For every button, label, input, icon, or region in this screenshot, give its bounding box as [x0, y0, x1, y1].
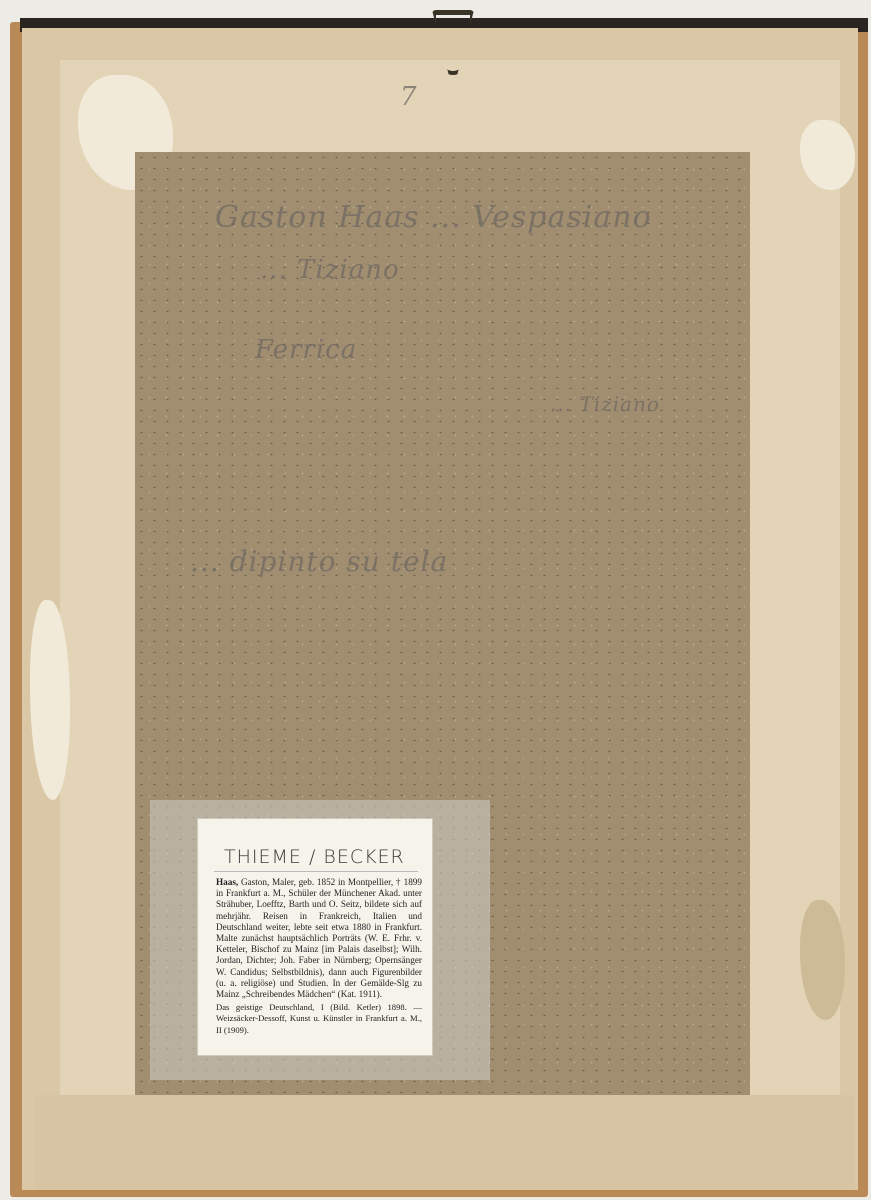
pencil-line-4: ... Tiziano: [550, 392, 660, 416]
pencil-line-2: ... Tiziano: [260, 255, 400, 285]
label-divider: [214, 871, 418, 872]
pencil-line-1: Gaston Haas ... Vespasiano: [215, 200, 652, 235]
label-body: Haas, Gaston, Maler, geb. 1852 in Montpe…: [216, 877, 422, 1036]
label-references: Das geistige Deutschland, I (Bild. Ketle…: [216, 1002, 422, 1036]
encyclopedia-clipping-label: THIEME / BECKER Haas, Gaston, Maler, geb…: [197, 818, 433, 1056]
artist-entry: Gaston, Maler, geb. 1852 in Montpellier,…: [216, 877, 422, 999]
bottom-tape-strip: [35, 1095, 855, 1190]
artist-name: Haas,: [216, 877, 238, 887]
pencil-line-3: Ferrica: [255, 335, 357, 365]
pencil-line-5: ... dipinto su tela: [190, 545, 448, 578]
pencil-number: 7: [400, 82, 418, 112]
label-heading: THIEME / BECKER: [224, 846, 405, 868]
